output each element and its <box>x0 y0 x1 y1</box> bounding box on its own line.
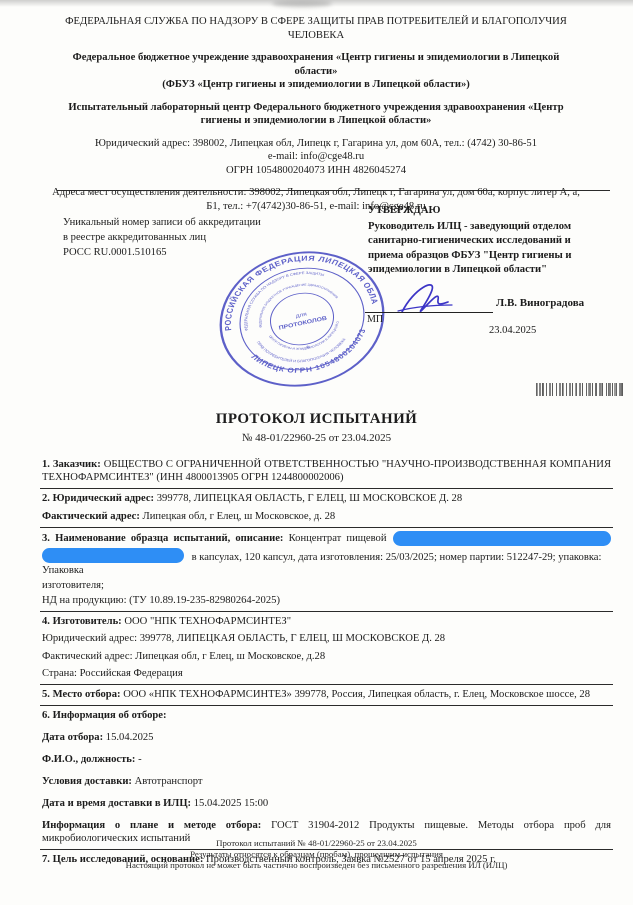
document-title: ПРОТОКОЛ ИСПЫТАНИЙ <box>0 411 633 428</box>
section1-text: ОБЩЕСТВО С ОГРАНИЧЕННОЙ ОТВЕТСТВЕННОСТЬЮ… <box>42 459 611 483</box>
lab-center-name: Испытательный лабораторный центр Федерал… <box>51 101 581 128</box>
footer-protocol-ref: Протокол испытаний № 48-01/22960-25 от 2… <box>0 838 633 849</box>
sample-description-start: Концентрат пищевой <box>289 533 387 544</box>
svg-text:ЛИПЕЦК ОГРН 1054800204073: ЛИПЕЦК ОГРН 1054800204073 <box>248 326 375 385</box>
section1-label: 1. Заказчик: <box>42 459 101 470</box>
approver-name: Л.В. Виноградова <box>496 297 584 309</box>
document-page: ФЕДЕРАЛЬНАЯ СЛУЖБА ПО НАДЗОРУ В СФЕРЕ ЗА… <box>0 0 633 905</box>
header-divider <box>57 190 610 191</box>
organization-name: Федеральное бюджетное учреждение здравоо… <box>51 51 581 92</box>
section3-label: 3. Наименование образца испытаний, описа… <box>42 533 283 544</box>
redaction-bar <box>42 548 184 563</box>
barcode <box>536 383 624 396</box>
title-block: ПРОТОКОЛ ИСПЫТАНИЙ № 48-01/22960-25 от 2… <box>0 411 633 444</box>
stamp-asterisk: ✳ <box>305 344 312 351</box>
agency-name: ФЕДЕРАЛЬНАЯ СЛУЖБА ПО НАДЗОРУ В СФЕРЕ ЗА… <box>51 15 581 42</box>
stamp-ring2-top-text: ФЕДЕРАЛЬНОЕ БЮДЖЕТНОЕ УЧРЕЖДЕНИЕ ЗДРАВОО… <box>251 276 342 329</box>
approval-block: УТВЕРЖДАЮ Руководитель ИЛЦ - заведующий … <box>368 204 620 278</box>
page-footer: Протокол испытаний № 48-01/22960-25 от 2… <box>0 838 633 871</box>
stamp-outer-bottom-text: ЛИПЕЦК ОГРН 1054800204073 <box>248 326 375 385</box>
section-sampling-place: 5. Место отбора: ООО «НПК ТЕХНОФАРМСИНТЕ… <box>40 684 613 705</box>
section-addresses: 2. Юридический адрес: 399778, ЛИПЕЦКАЯ О… <box>40 488 613 527</box>
protocol-sections: 1. Заказчик: ОБЩЕСТВО С ОГРАНИЧЕННОЙ ОТВ… <box>40 455 613 870</box>
document-number: № 48-01/22960-25 от 23.04.2025 <box>0 432 633 444</box>
svg-text:ФЕДЕРАЛЬНОЕ БЮДЖЕТНОЕ УЧРЕЖДЕН: ФЕДЕРАЛЬНОЕ БЮДЖЕТНОЕ УЧРЕЖДЕНИЕ ЗДРАВОО… <box>251 276 342 329</box>
nd-products: НД на продукцию: (ТУ 10.89.19-235-829802… <box>42 594 611 607</box>
sample-description-line3: изготовителя; <box>42 579 611 592</box>
ogrn-inn: ОГРН 1054800204073 ИНН 4826045274 <box>51 164 581 178</box>
footer-copy-note: Настоящий протокол не может быть частичн… <box>0 860 633 871</box>
section-sampling-info: 6. Информация об отборе: Дата отбора: 15… <box>40 705 613 849</box>
signature-line <box>365 312 493 313</box>
approval-date: 23.04.2025 <box>489 325 536 336</box>
stamp-center-line1: для <box>295 312 307 320</box>
section-customer: 1. Заказчик: ОБЩЕСТВО С ОГРАНИЧЕННОЙ ОТВ… <box>40 455 613 488</box>
mp-label: МП <box>367 314 383 325</box>
legal-address: Юридический адрес: 398002, Липецкая обл,… <box>51 137 581 151</box>
email: e-mail: info@cge48.ru <box>51 150 581 164</box>
footer-results-note: Результаты относятся к образцам (пробам)… <box>0 849 633 860</box>
signature-handwritten <box>396 278 488 326</box>
section6-label: 6. Информация об отборе: <box>42 709 611 722</box>
section-sample: 3. Наименование образца испытаний, описа… <box>40 527 613 611</box>
scan-smudge-artifact <box>272 0 332 7</box>
approval-title: УТВЕРЖДАЮ <box>368 204 620 219</box>
section-manufacturer: 4. Изготовитель: ООО "НПК ТЕХНОФАРМСИНТЕ… <box>40 611 613 685</box>
redaction-bar <box>393 531 611 546</box>
